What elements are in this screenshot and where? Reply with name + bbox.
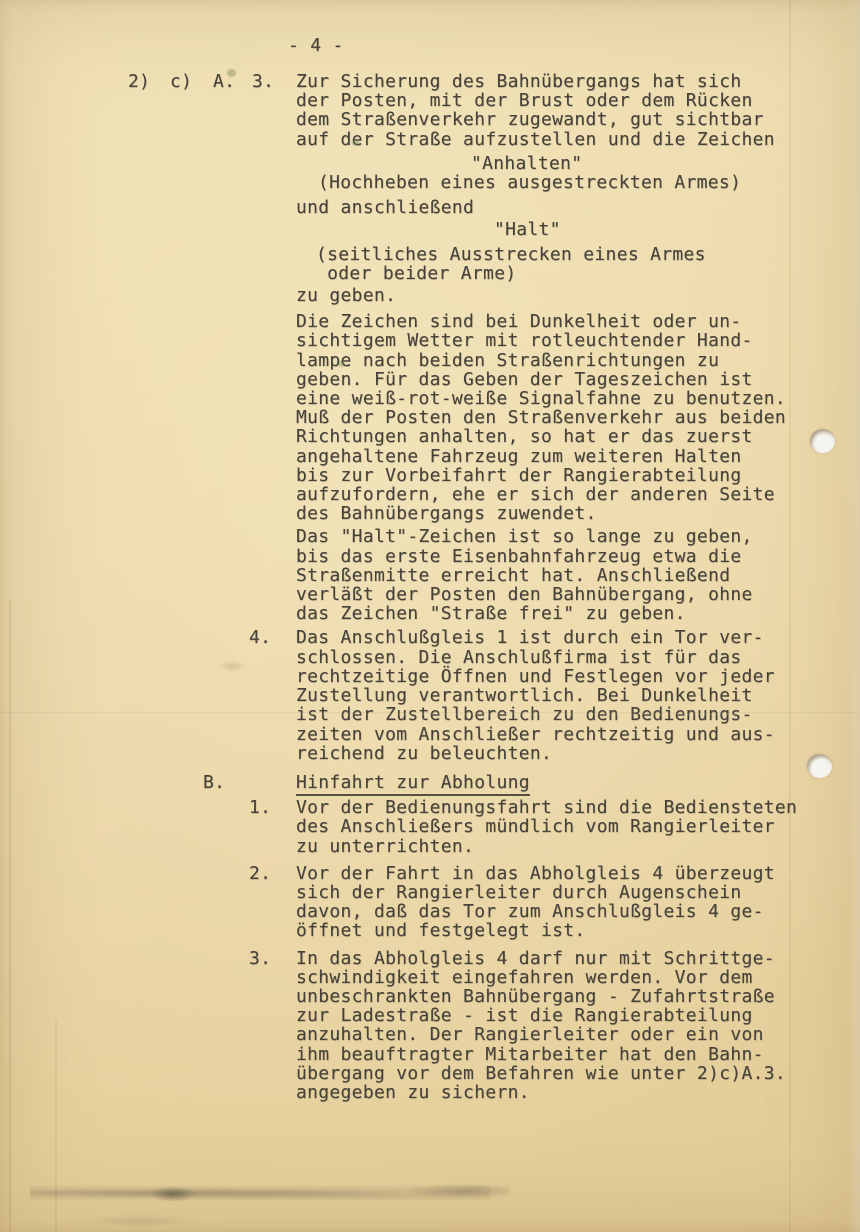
outline-label-c: c)	[170, 72, 192, 91]
ink-smudge-lower	[80, 1215, 200, 1227]
section-B-item-3: 3. In das Abholgleis 4 darf nur mit Schr…	[0, 949, 816, 1103]
section-B-item-2: 2. Vor der Fahrt in das Abholgleis 4 übe…	[0, 864, 816, 941]
signal-word-halt: "Halt"	[296, 220, 816, 239]
section-B-item-2-text: Vor der Fahrt in das Abholgleis 4 überze…	[296, 864, 816, 941]
outline-item-2cA3: 2) c) A. 3. Zur Sicherung des Bahnüberga…	[0, 72, 816, 623]
page-number: - 4 -	[288, 36, 344, 55]
section-B-item-1-text: Vor der Bedienungsfahrt sind die Bediens…	[296, 798, 816, 856]
outline-label-A: A.	[213, 72, 235, 91]
document-content: 2) c) A. 3. Zur Sicherung des Bahnüberga…	[0, 72, 860, 1102]
item3-paragraph-3: Das "Halt"-Zeichen ist so lange zu geben…	[296, 527, 816, 623]
outline-label-4: 4.	[249, 628, 271, 647]
scanned-document-page: - 4 - 2) c) A. 3. Zur Sicherung des Bahn…	[0, 0, 860, 1232]
signal-word-anhalten: "Anhalten"	[296, 154, 816, 173]
ink-smudge-right	[400, 1183, 510, 1199]
outline-item-4: 4. Das Anschlußgleis 1 ist durch ein Tor…	[0, 628, 816, 762]
item3-closing: zu geben.	[296, 286, 816, 305]
section-B-item-1-label: 1.	[249, 798, 271, 817]
section-B-label: B.	[203, 773, 225, 792]
ink-smudge-streak	[30, 1186, 490, 1200]
signal-description-anhalten: (Hochheben eines ausgestreckten Armes)	[296, 173, 816, 192]
section-B-item-1: 1. Vor der Bedienungsfahrt sind die Bedi…	[0, 798, 816, 856]
section-B-heading-row: B. Hinfahrt zur Abholung	[0, 773, 816, 792]
outline-label-3: 3.	[252, 72, 274, 91]
item3-paragraph-1: Zur Sicherung des Bahnübergangs hat sich…	[296, 72, 816, 149]
section-B-item-3-text: In das Abholgleis 4 darf nur mit Schritt…	[296, 949, 816, 1103]
ink-smudge-blob	[150, 1186, 196, 1202]
section-B-item-3-label: 3.	[249, 949, 271, 968]
item3-paragraph-2: Die Zeichen sind bei Dunkelheit oder un-…	[296, 312, 816, 523]
outline-label-2: 2)	[128, 72, 150, 91]
punch-hole-bottom	[807, 754, 832, 778]
item4-paragraph: Das Anschlußgleis 1 ist durch ein Tor ve…	[296, 628, 816, 762]
section-B-title: Hinfahrt zur Abholung	[296, 772, 530, 796]
punch-hole-top	[810, 429, 835, 453]
section-B-item-2-label: 2.	[249, 864, 271, 883]
connector-text: und anschließend	[296, 198, 816, 217]
item3-body: Zur Sicherung des Bahnübergangs hat sich…	[296, 72, 816, 623]
signal-description-halt: (seitliches Ausstrecken eines Armes oder…	[296, 245, 816, 283]
